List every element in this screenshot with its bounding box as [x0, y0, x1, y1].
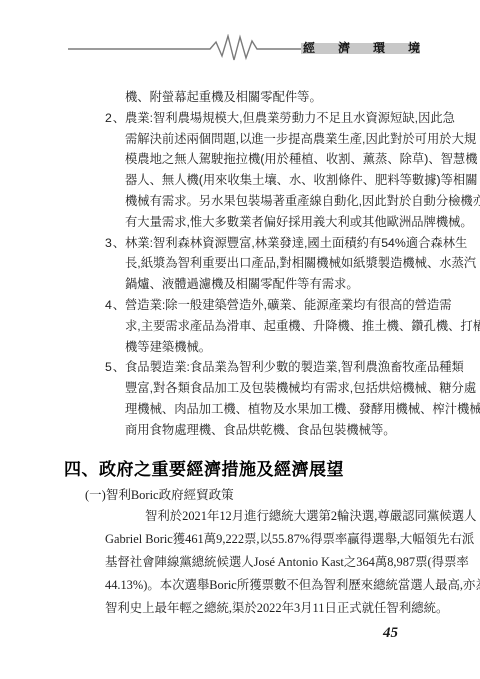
body-line: 機、附螢幕起重機及相關零配件等。 [105, 87, 421, 108]
body-line: 長,紙漿為智利重要出口產品,對相關機械如紙漿製造機械、水蒸汽 [105, 253, 421, 274]
paragraph-line: Gabriel Boric獲461萬9,222票,以55.87%得票率贏得選舉,… [105, 528, 422, 551]
header-label: 經濟環境 [303, 40, 422, 56]
body-line: 器人、無人機(用來收集土壤、水、收割條件、肥料等數據)等相關 [105, 170, 421, 191]
paragraph-line: 基督社會陣線黨總統候選人José Antonio Kast之364萬8,987票… [105, 551, 422, 574]
document-page: 經濟環境 機、附螢幕起重機及相關零配件等。 2、農業:智利農場規模大,但農業勞動… [0, 0, 480, 679]
body-line: 機等建築機械。 [105, 337, 421, 358]
paragraph-line: 智利於2021年12月進行總統大選第2輪決選,尊嚴認同黨候選人 [105, 505, 422, 528]
item-number: 2、 [105, 108, 125, 129]
section-paragraph: 智利於2021年12月進行總統大選第2輪決選,尊嚴認同黨候選人 Gabriel … [105, 505, 422, 620]
body-line: 求,主要需求產品為滑車、起重機、升降機、推土機、鑽孔機、打樁 [105, 316, 421, 337]
paragraph-line: 智利史上最年輕之總統,渠於2022年3月11日正式就任智利總統。 [105, 597, 422, 620]
body-line: 鍋爐、液體過濾機及相關零配件等有需求。 [105, 274, 421, 295]
item-text: 農業:智利農場規模大,但農業勞動力不足且水資源短缺,因此急 [125, 111, 455, 125]
item-text: 營造業:除一般建築營造外,礦業、能源產業均有很高的營造需 [125, 298, 452, 312]
item-number: 5、 [105, 357, 125, 378]
page-number: 45 [383, 625, 398, 642]
item-number: 4、 [105, 295, 125, 316]
item-text: 食品製造業:食品業為智利少數的製造業,智利農漁畜牧產品種類 [125, 360, 464, 374]
subsection-heading: (一)智利Boric政府經貿政策 [85, 485, 234, 503]
body-line: 模農地之無人駕駛拖拉機(用於種植、收割、薰蒸、除草)、智慧機 [105, 149, 421, 170]
body-line: 有大量需求,惟大多數業者偏好採用義大利或其他歐洲品牌機械。 [105, 212, 421, 233]
body-line: 4、營造業:除一般建築營造外,礦業、能源產業均有很高的營造需 [105, 295, 421, 316]
body-line: 豐富,對各類食品加工及包裝機械均有需求,包括烘焙機械、糖分處 [105, 378, 421, 399]
body-line: 需解決前述兩個問題,以進一步提高農業生產,因此對於可用於大規 [105, 129, 421, 150]
body-line: 2、農業:智利農場規模大,但農業勞動力不足且水資源短缺,因此急 [105, 108, 421, 129]
paragraph-line: 44.13%)。本次選舉Boric所獲票數不但為智利歷來總統當選人最高,亦為 [105, 574, 422, 597]
item-number: 3、 [105, 233, 125, 254]
body-text: 機、附螢幕起重機及相關零配件等。 2、農業:智利農場規模大,但農業勞動力不足且水… [105, 87, 421, 441]
section-heading: 四、政府之重要經濟措施及經濟展望 [64, 455, 344, 480]
body-line: 機械有需求。另水果包裝場著重產線自動化,因此對於自動分檢機亦 [105, 191, 421, 212]
body-line: 理機械、肉品加工機、植物及水果加工機、發酵用機械、榨汁機械、 [105, 399, 421, 420]
item-text: 林業:智利森林資源豐富,林業發達,國土面積約有54%適合森林生 [125, 236, 467, 250]
body-line: 3、林業:智利森林資源豐富,林業發達,國土面積約有54%適合森林生 [105, 233, 421, 254]
body-line: 5、食品製造業:食品業為智利少數的製造業,智利農漁畜牧產品種類 [105, 357, 421, 378]
body-line: 商用食物處理機、食品烘乾機、食品包裝機械等。 [105, 420, 421, 441]
